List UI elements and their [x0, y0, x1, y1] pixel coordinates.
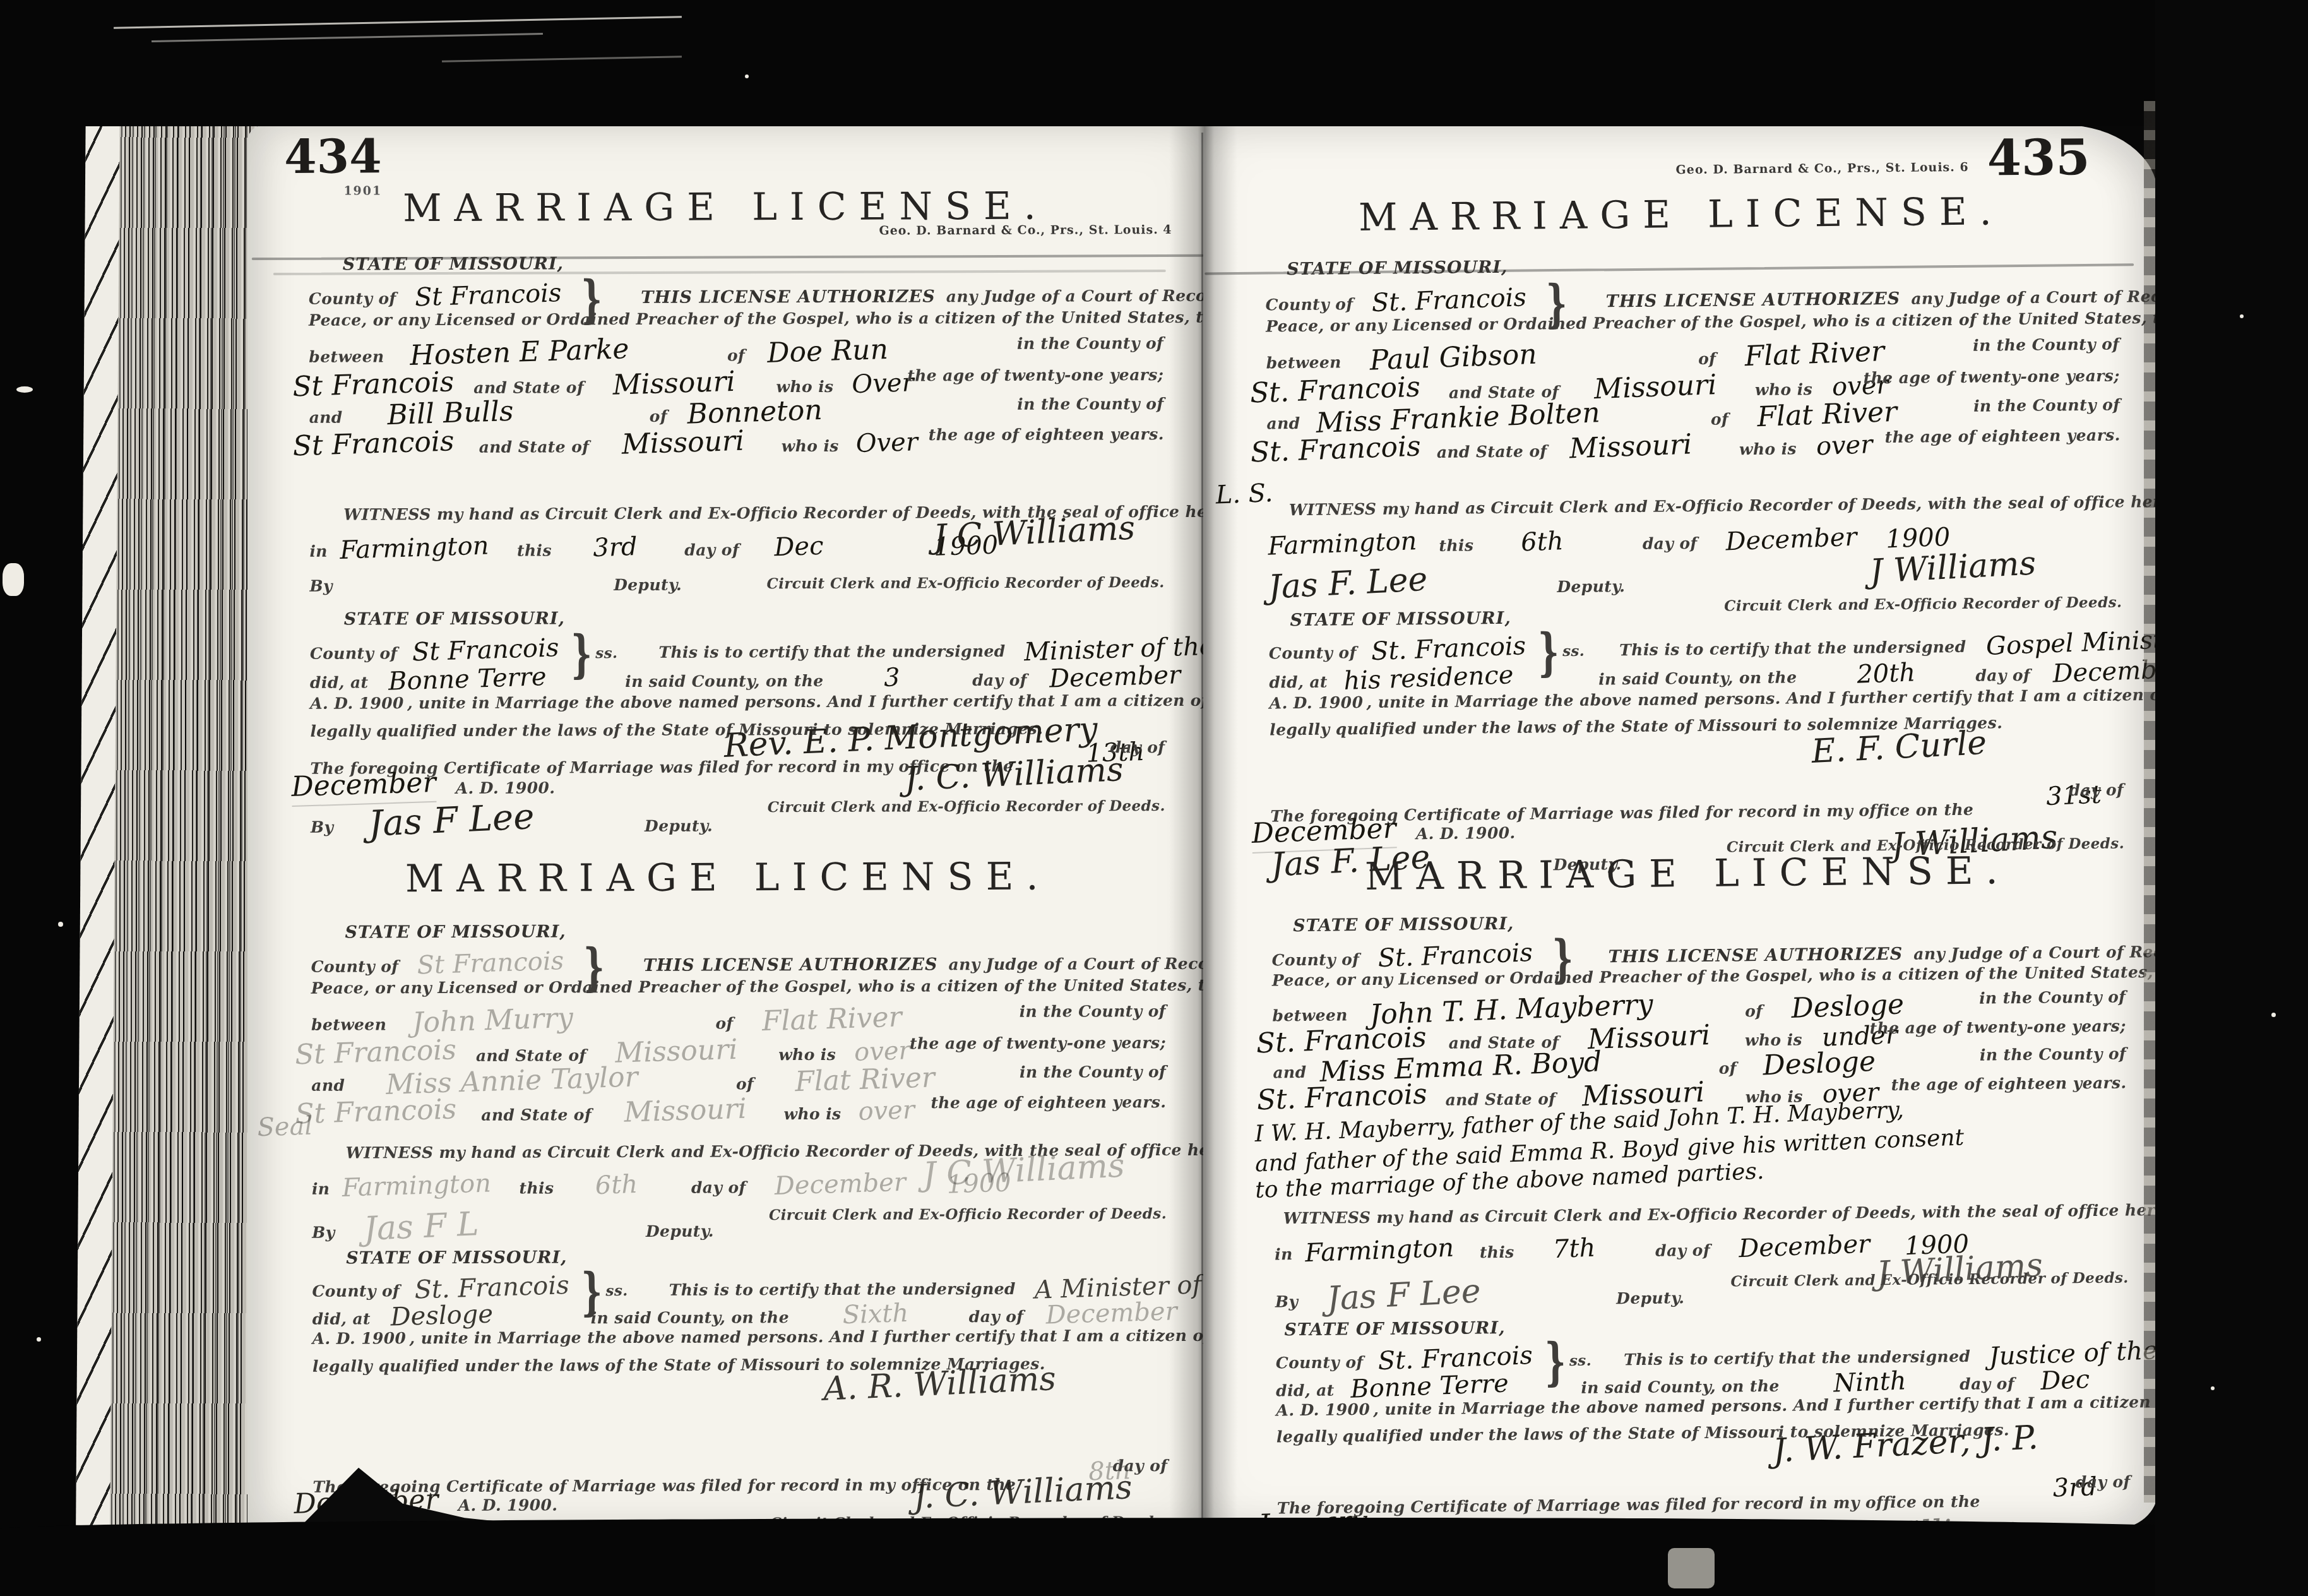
deputy-label: Deputy. [1557, 577, 1625, 596]
page-number: 435 [1987, 129, 2090, 188]
page-number: 434 [284, 129, 382, 184]
groom-place: Doe Run [766, 333, 888, 369]
ad-year: A. D. 1900 [1270, 693, 1364, 712]
state-of-label: STATE OF MISSOURI, [345, 922, 566, 942]
license-title: MARRIAGE LICENSE. [1204, 188, 2159, 242]
seal-note: Seal [257, 1112, 313, 1143]
day-of-label: day of [1655, 1241, 1710, 1260]
license-435-upper: MARRIAGE LICENSE. STATE OF MISSOURI, Cou… [1204, 188, 2165, 854]
bride-state: Missouri [623, 1093, 747, 1129]
deputy-label: Deputy. [645, 817, 713, 835]
cert-day: Sixth [842, 1299, 909, 1330]
of-label: of [1711, 410, 1729, 428]
state-of-label: STATE OF MISSOURI, [1293, 914, 1514, 936]
clerk-title: Circuit Clerk and Ex-Officio Recorder of… [766, 574, 1164, 592]
day-of-label: day of [684, 540, 739, 559]
in-said-county-label: in said County, on the [1598, 668, 1797, 688]
deputy-label: Deputy. [614, 576, 682, 594]
in-county-label: in the County of [1020, 1063, 1166, 1081]
clerk-title: Circuit Clerk and Ex-Officio Recorder of… [768, 797, 1165, 816]
day-of-label: day of [1643, 534, 1698, 553]
officiant-signature: E. F. Curle [1811, 724, 1988, 771]
page-434: 434 1901 Geo. D. Barnard & Co., Prs., St… [247, 125, 1203, 1529]
cert-day: Ninth [1833, 1366, 1906, 1398]
did-at-label: did, at [1276, 1381, 1335, 1400]
by-label: By [312, 1224, 335, 1242]
did-at-label: did, at [310, 673, 369, 691]
and-label: and [1266, 414, 1300, 433]
between-label: between [309, 347, 384, 366]
witness-day: 6th [1521, 527, 1564, 557]
filed-ad: A. D. 1900. [456, 778, 556, 797]
who-is-label: who is [1745, 1030, 1802, 1049]
ss-label: ss. [1569, 1352, 1591, 1369]
in-county-label: in the County of [1017, 334, 1163, 353]
county-of-label: County of [1269, 643, 1357, 662]
by-deputy-line: By Deputy. Circuit Clerk and Ex-Officio … [309, 574, 1164, 610]
bride-county: St Francois [295, 1093, 457, 1130]
state-of-label: STATE OF MISSOURI, [343, 254, 564, 274]
in-said-county-label: in said County, on the [1581, 1377, 1780, 1397]
who-is-label: who is [778, 1045, 836, 1064]
filed-by-line: By Jas F Lee Deputy. Circuit Clerk and E… [311, 797, 1165, 833]
this-label: this [517, 541, 552, 559]
witness-day: 3rd [592, 532, 638, 563]
bride-county-line: St. Francois and State of Missouri who i… [1267, 426, 2121, 467]
between-label: between [1272, 1006, 1348, 1025]
and-state-label: and State of [473, 378, 584, 397]
license-title: MARRIAGE LICENSE. [247, 184, 1203, 231]
bride-county: St Francois [292, 425, 455, 462]
and-state-label: and State of [479, 438, 590, 456]
groom-age: Over [852, 368, 915, 399]
groom-name: Paul Gibson [1369, 338, 1538, 377]
in-said-county-label: in said County, on the [591, 1308, 789, 1327]
ad-year: A. D. 1900 [312, 1329, 407, 1348]
by-deputy-line: By Jas F Lee Deputy. Circuit Clerk and E… [1275, 1269, 2129, 1310]
photo-right-margin [2155, 0, 2308, 1596]
in-county-label: in the County of [1980, 1044, 2127, 1064]
bride-place: Flat River [795, 1061, 936, 1098]
of-label: of [736, 1075, 754, 1093]
county-value: St Francois [417, 946, 564, 980]
dust-speck [2240, 314, 2244, 318]
age-21-label: the age of twenty-one years; [907, 366, 1163, 384]
county-of-label: County of [1266, 295, 1353, 314]
state-of-label: STATE OF MISSOURI, [1287, 258, 1508, 279]
authorizes-lead: THIS LICENSE AUTHORIZES [1606, 289, 1901, 311]
dust-speck [745, 74, 749, 78]
certify-text: This is to certify that the undersigned [658, 642, 1005, 662]
authorizes-lead: THIS LICENSE AUTHORIZES [643, 955, 938, 975]
ss-label: ss. [605, 1282, 628, 1299]
deputy-signature: Jas F Lee [1326, 1272, 1482, 1318]
age-18-label: the age of eighteen years. [931, 1093, 1166, 1112]
license-434-lower: MARRIAGE LICENSE. STATE OF MISSOURI, Cou… [250, 854, 1208, 1530]
deputy-signature: Jas F Lee [367, 796, 535, 845]
authorizes-lead: THIS LICENSE AUTHORIZES [1609, 944, 1903, 967]
this-label: this [520, 1179, 554, 1197]
dust-speck [2271, 1013, 2276, 1017]
certify-text: This is to certify that the undersigned [1624, 1347, 1970, 1369]
deputy-label: Deputy. [646, 1222, 714, 1241]
witness-month: December [774, 1168, 906, 1201]
of-label: of [1698, 350, 1716, 368]
witness-place: Farmington [339, 532, 489, 565]
county-of-label: County of [1276, 1353, 1364, 1372]
age-18-label: the age of eighteen years. [929, 425, 1164, 444]
bride-age: Over [855, 427, 919, 458]
by-label: By [1275, 1292, 1299, 1311]
day-of-label: day of [2076, 1472, 2131, 1491]
county-of-label: County of [1272, 950, 1360, 969]
ad-year: A. D. 1900 [1276, 1400, 1370, 1419]
dust-speck [2211, 1386, 2215, 1390]
preacher-text: Peace, or any Licensed or Ordained Preac… [309, 308, 1214, 330]
bride-state: Missouri [1569, 428, 1692, 465]
dust-speck [16, 386, 33, 393]
bride-place: Bonneton [686, 394, 823, 431]
ss-label: ss. [1562, 643, 1585, 660]
in-said-county-label: in said County, on the [625, 672, 823, 691]
ss-label: ss. [595, 645, 617, 662]
cert-place: Desloge [390, 1300, 493, 1332]
age-18-label: the age of eighteen years. [1891, 1073, 2126, 1094]
county-of-label: County of [311, 957, 399, 975]
dust-speck [58, 922, 63, 927]
by-deputy-line: Jas F. Lee Deputy. Circuit Clerk and Ex-… [1268, 557, 2122, 598]
bride-age: over [1816, 430, 1873, 461]
license-434-upper: MARRIAGE LICENSE. STATE OF MISSOURI, Cou… [247, 184, 1206, 850]
photo-bottom-margin [0, 1518, 2308, 1596]
license-title: MARRIAGE LICENSE. [1210, 847, 2165, 901]
cert-day: 3 [883, 663, 900, 693]
deputy-signature: Jas F. Lee [1268, 561, 1429, 607]
clerk-title: Circuit Clerk and Ex-Officio Recorder of… [769, 1205, 1167, 1224]
bride-age: over [858, 1095, 915, 1126]
page-434-content: 434 1901 Geo. D. Barnard & Co., Prs., St… [247, 123, 1208, 1530]
certify-text: This is to certify that the undersigned [1619, 638, 1966, 659]
did-at-label: did, at [312, 1309, 371, 1328]
by-deputy-line: By Jas F L Deputy. Circuit Clerk and Ex-… [312, 1205, 1167, 1241]
between-label: between [1266, 353, 1341, 372]
book-gutter-crease [1201, 133, 1203, 1522]
in-county-label: in the County of [1979, 987, 2126, 1007]
who-is-label: who is [1755, 380, 1812, 399]
county-of-label: County of [312, 1282, 400, 1300]
in-county-label: in the County of [1020, 1002, 1166, 1021]
state-of-label: STATE OF MISSOURI, [344, 609, 565, 629]
page-edge-highlight [2144, 101, 2156, 1503]
and-state-label: and State of [481, 1105, 592, 1124]
of-label: of [727, 346, 745, 364]
did-at-label: did, at [1269, 673, 1328, 692]
and-state-label: and State of [1446, 1090, 1556, 1109]
printer-imprint: Geo. D. Barnard & Co., Prs., St. Louis. … [1675, 160, 1968, 177]
who-is-label: who is [776, 378, 833, 396]
and-label: and [309, 408, 343, 427]
cert-day: 20th [1857, 658, 1916, 689]
in-county-label: in the County of [1973, 335, 2120, 355]
in-label: in [312, 1180, 330, 1198]
witness-month: December [1738, 1230, 1871, 1264]
county-of-label: County of [309, 289, 396, 307]
bride-state: Missouri [621, 425, 745, 461]
day-of-label: day of [691, 1178, 746, 1196]
cert-month: December [1049, 660, 1181, 694]
authorizes-lead: THIS LICENSE AUTHORIZES [641, 287, 936, 307]
county-of-label: County of [310, 644, 398, 662]
state-of-label: STATE OF MISSOURI, [1284, 1318, 1505, 1340]
witness-month: December [1725, 523, 1858, 557]
of-label: of [1719, 1059, 1737, 1077]
state-of-label: STATE OF MISSOURI, [1290, 609, 1511, 630]
who-is-label: who is [782, 437, 839, 455]
page-435-content: 435 Geo. D. Barnard & Co., Prs., St. Lou… [1203, 117, 2171, 1530]
photo-top-margin [0, 0, 2308, 126]
between-label: between [311, 1015, 386, 1033]
photo-left-margin [0, 0, 82, 1596]
groom-place: Flat River [1744, 335, 1884, 372]
license-title: MARRIAGE LICENSE. [250, 854, 1206, 902]
scanned-register-photo: 434 1901 Geo. D. Barnard & Co., Prs., St… [0, 0, 2308, 1596]
witness-day: 6th [595, 1170, 638, 1200]
cert-place: his residence [1343, 660, 1514, 696]
of-label: of [715, 1014, 733, 1032]
state-of-label: STATE OF MISSOURI, [346, 1248, 567, 1268]
who-is-label: who is [1739, 439, 1797, 458]
day-of-label: day of [1975, 666, 2030, 685]
witness-month: Dec [773, 532, 824, 562]
groom-line: between Hosten E Parke of Doe Run in the… [309, 334, 1163, 370]
this-label: this [1439, 536, 1473, 555]
day-of-label: day of [1960, 1374, 2014, 1393]
witness-place: Farmington [342, 1169, 491, 1202]
cert-place: Bonne Terre [388, 662, 547, 696]
and-label: and [1273, 1063, 1306, 1082]
preacher-text: Peace, or any Licensed or Ordained Preac… [311, 976, 1216, 997]
day-of-label: day of [972, 671, 1027, 689]
this-label: this [1480, 1243, 1514, 1262]
county-value: St Francois [414, 278, 562, 312]
filed-ad: A. D. 1900. [1416, 824, 1516, 843]
clerk-title: Circuit Clerk and Ex-Officio Recorder of… [1730, 1269, 2128, 1290]
by-label: By [309, 577, 333, 595]
and-state-label: and State of [1437, 442, 1547, 462]
day-of-label: day of [969, 1307, 1024, 1326]
by-label: By [311, 818, 334, 837]
cert-month: Dec [2040, 1365, 2090, 1396]
county-value: St. Francois [1371, 283, 1527, 318]
in-county-label: in the County of [1973, 396, 2121, 415]
bride-county-line: St Francois and State of Missouri who is… [311, 1093, 1166, 1129]
of-label: of [1745, 1002, 1763, 1020]
groom-line: between John Murry of Flat River in the … [311, 1002, 1166, 1038]
deputy-signature: Jas F L [362, 1205, 479, 1248]
witness-place: Farmington [1304, 1233, 1454, 1268]
in-county-label: in the County of [1017, 395, 1163, 414]
day-of-label: day of [2069, 781, 2124, 800]
ad-year: A. D. 1900 [310, 694, 404, 713]
witness-day: 7th [1552, 1234, 1596, 1264]
groom-place: Flat River [761, 1001, 902, 1037]
and-state-label: and State of [476, 1046, 586, 1065]
who-is-label: who is [783, 1105, 841, 1123]
cert-month: December [1045, 1297, 1177, 1330]
filed-ad: A. D. 1900. [458, 1496, 558, 1515]
deputy-label: Deputy. [1616, 1289, 1684, 1307]
certify-text: This is to certify that the undersigned [669, 1280, 1016, 1299]
bride-county-line: St Francois and State of Missouri who is… [309, 425, 1164, 461]
dust-speck [37, 1337, 41, 1342]
age-18-label: the age of eighteen years. [1885, 426, 2121, 447]
license-435-lower: MARRIAGE LICENSE. STATE OF MISSOURI, Cou… [1210, 847, 2171, 1532]
page-435: 435 Geo. D. Barnard & Co., Prs., St. Lou… [1203, 125, 2158, 1529]
of-label: of [650, 407, 667, 426]
book-gutter-shadow [1169, 125, 1237, 1529]
age-21-label: the age of twenty-one years; [910, 1033, 1166, 1052]
in-label: in [309, 542, 328, 561]
bride-county: St. Francois [1250, 430, 1421, 468]
dust-speck [3, 563, 24, 596]
scan-artifact-blob [1668, 1548, 1715, 1588]
in-label: in [1275, 1245, 1293, 1263]
age-21-label: the age of twenty-one years; [1870, 1016, 2126, 1037]
witness-place: Farmington [1268, 527, 1418, 561]
groom-name: John Murry [412, 1002, 574, 1039]
age-21-label: the age of twenty-one years; [1864, 367, 2120, 388]
and-label: and [311, 1076, 345, 1095]
